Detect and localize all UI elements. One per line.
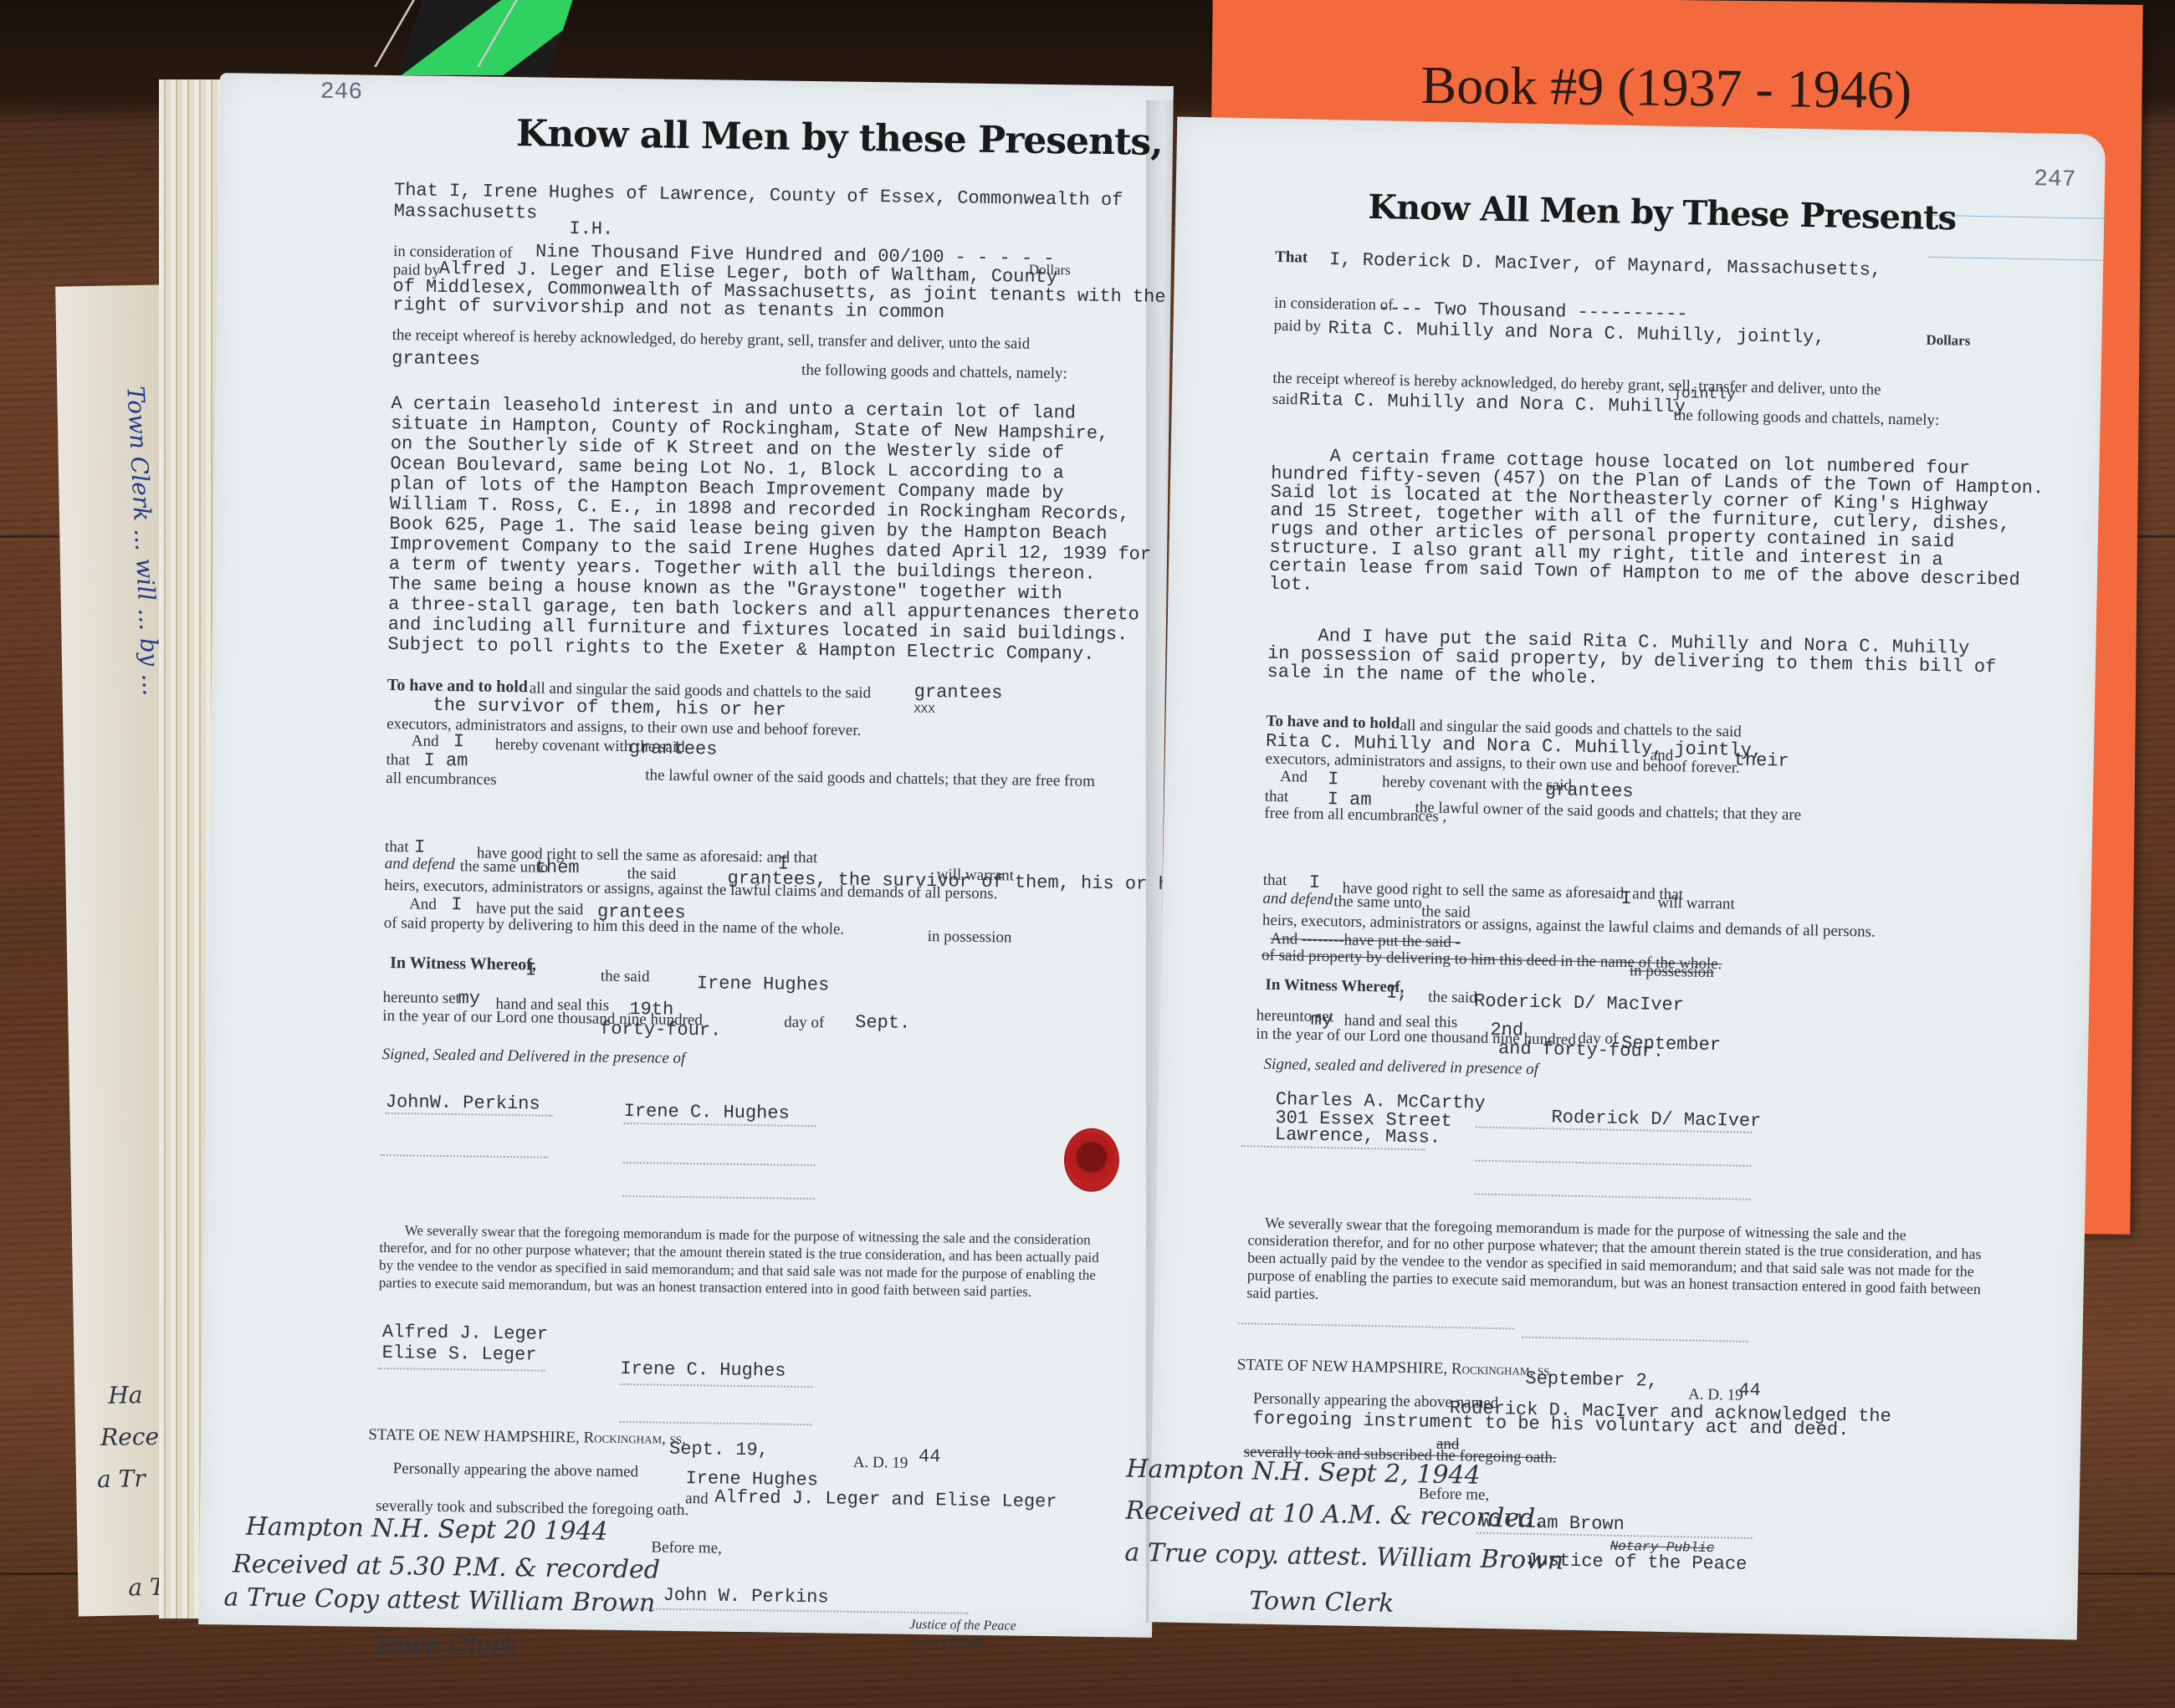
hereunto-set: hereunto set (382, 989, 460, 1008)
covenant-text: hereby covenant with the said (1382, 773, 1572, 795)
grantor: I, Roderick D. MacIver, of Maynard, Mass… (1329, 249, 1881, 281)
personally-appearing: Personally appearing the above named (393, 1460, 639, 1481)
handwritten-recording-note: Hampton N.H. Sept 2, 1944 (1126, 1455, 1481, 1491)
covenant-and: And (1280, 768, 1308, 787)
consideration-label: in consideration of (1274, 294, 1394, 315)
state-line: STATE OE NEW HAMPSHIRE, Rockingham, ss. (368, 1426, 686, 1449)
witness-name: Irene Hughes (697, 973, 830, 995)
justice-title: Justice of the Peace (909, 1618, 1016, 1634)
deed-heading: Know all Men by these Presents, (516, 112, 1163, 164)
witness-heading: In Witness Whereof, (1265, 976, 1404, 997)
defend-text: the same unto (1333, 892, 1422, 913)
signature-line (1475, 1194, 1751, 1200)
justice-name: John W. Perkins (663, 1585, 828, 1608)
signature-line (377, 1368, 545, 1372)
grantor-state: Massachusetts (394, 201, 538, 223)
deed-page-246: 246 Know all Men by these Presents, That… (198, 73, 1174, 1638)
handwritten-recording-note: a True Copy attest William Brown (223, 1583, 655, 1618)
covenant-i: I (1328, 769, 1339, 790)
signature-line (381, 1154, 548, 1158)
year-words: forty-four. (600, 1019, 722, 1041)
good-right-that: that (1263, 872, 1287, 891)
signature-line (620, 1421, 812, 1425)
state-line: STATE OF NEW HAMPSHIRE, Rockingham, ss. (1237, 1356, 1554, 1380)
signature-line (620, 1383, 812, 1388)
defend-label: and defend (1262, 890, 1333, 910)
will-warrant: will warrant (1657, 894, 1735, 914)
goods-line: the following goods and chattels, namely… (801, 361, 1067, 383)
ad-year: 44 (1738, 1380, 1761, 1402)
that-label: That (1275, 248, 1308, 268)
oath-paragraph: We severally swear that the foregoing me… (1246, 1214, 1984, 1316)
warrant-i: I (1620, 888, 1632, 909)
ad-year: 44 (919, 1446, 941, 1467)
signature-line (1238, 1322, 1514, 1329)
description-line: lot. (1268, 574, 1313, 596)
encumbrances: free from all encumbrances , (1264, 805, 1446, 826)
goods-line: the following goods and chattels, namely… (1673, 407, 1939, 430)
ad-label: A. D. 19 (853, 1454, 908, 1473)
grantor-signature: Irene C. Hughes (624, 1101, 790, 1124)
appearing-and: and (685, 1490, 709, 1508)
signature-line (622, 1195, 815, 1199)
signature-line (617, 1608, 968, 1614)
before-me: Before me, (651, 1539, 722, 1558)
said-label: said (1272, 391, 1298, 410)
covenant-and: And (412, 732, 439, 750)
encumbrances: all encumbrances (386, 770, 497, 790)
year-words: and forty-four. (1498, 1038, 1664, 1062)
signature-line (623, 1162, 816, 1166)
struck-in-possession: in possession (1630, 962, 1714, 982)
margin-fragment: Ha (108, 1381, 143, 1409)
oath-signer: Elise S. Leger (381, 1342, 536, 1366)
possession-i: I (451, 894, 463, 915)
habendum-heading: To have and to hold (1266, 713, 1400, 734)
jointly-insert: jointly (1672, 386, 1736, 403)
receipt-line: the receipt whereof is hereby acknowledg… (391, 326, 1030, 354)
handwritten-recording-note: a True copy. attest. William Brown (1124, 1538, 1563, 1576)
in-possession: in possession (928, 928, 1012, 947)
notary-struck: Notary Public (909, 1635, 985, 1651)
covenant-grantees: grantees (1545, 780, 1634, 802)
state-date: Sept. 19, (669, 1439, 769, 1461)
appearing-others: Alfred J. Leger and Elise Leger (714, 1487, 1057, 1513)
witness-name: Roderick D/ MacIver (1474, 991, 1684, 1016)
signature-line (1475, 1160, 1751, 1167)
witness-i: I, (1386, 983, 1409, 1005)
deed-heading: Know All Men by These Presents (1368, 187, 1957, 238)
page-number: 247 (2034, 166, 2076, 193)
that-label: that (386, 751, 410, 770)
oath-signer: Alfred J. Leger (382, 1322, 548, 1345)
good-right-that: that (385, 838, 409, 857)
oath-grantor: Irene C. Hughes (620, 1358, 786, 1382)
possession-and: And (409, 895, 437, 913)
wax-seal (1066, 1130, 1117, 1189)
ledger-rule (1927, 257, 2103, 261)
my: my (458, 988, 480, 1009)
lawful-owner: the lawful owner of the said goods and c… (1415, 799, 1801, 825)
covenant-i: I (453, 731, 465, 752)
handwritten-town-clerk: Town Clerk (1249, 1586, 1395, 1618)
witness-heading: In Witness Whereof, (390, 954, 536, 974)
label-sheet-title: Book #9 (1937 - 1946) (1420, 54, 1911, 121)
defend-label: and defend (385, 855, 455, 874)
month-value: Sept. (855, 1012, 910, 1034)
signed-label: Signed, Sealed and Delivered in the pres… (381, 1046, 685, 1068)
initials: I.H. (569, 218, 613, 240)
witness-signature: JohnW. Perkins (386, 1092, 540, 1115)
habendum-their: their (1733, 749, 1789, 771)
dollars-label: Dollars (1926, 332, 1970, 350)
day-of: day of (784, 1014, 824, 1033)
margin-fragment: a Tr (97, 1465, 146, 1493)
witness-the-said: the said (1428, 988, 1477, 1007)
lawful-owner: the lawful owner of the said goods and c… (645, 766, 1095, 791)
state-date: September 2, (1525, 1368, 1658, 1392)
i-am: I am (423, 750, 468, 772)
deed-page-247: 247 Know All Men by These Presents That … (1149, 117, 2106, 1640)
witness-the-said: the said (601, 968, 650, 987)
oath-paragraph: We severally swear that the foregoing me… (379, 1221, 1116, 1301)
paid-by-label: paid by (1273, 317, 1321, 336)
signature-line (1522, 1337, 1748, 1342)
habendum-xxx: XXX (913, 703, 934, 717)
handwritten-town-clerk: Town Clerk (374, 1631, 519, 1662)
handwritten-recording-note: Received at 5.30 P.M. & recorded (233, 1550, 660, 1585)
habendum-grantees: grantees (914, 682, 1003, 703)
handwritten-recording-note: Hampton N.H. Sept 20 1944 (245, 1512, 607, 1547)
habendum-heading: To have and to hold (387, 676, 529, 697)
margin-fragment: Rece (100, 1423, 159, 1451)
page-number: 246 (320, 79, 362, 106)
grantees-word: grantees (391, 348, 480, 370)
defend-them: them (535, 857, 580, 878)
paid-by: Rita C. Muhilly and Nora C. Muhilly, joi… (1328, 318, 1824, 348)
witness-address: Lawrence, Mass. (1275, 1124, 1441, 1148)
witness-i: I (525, 959, 537, 980)
delivering-line: of said property by delivering to him th… (384, 914, 845, 939)
covenant-grantees: grantees (629, 738, 718, 759)
